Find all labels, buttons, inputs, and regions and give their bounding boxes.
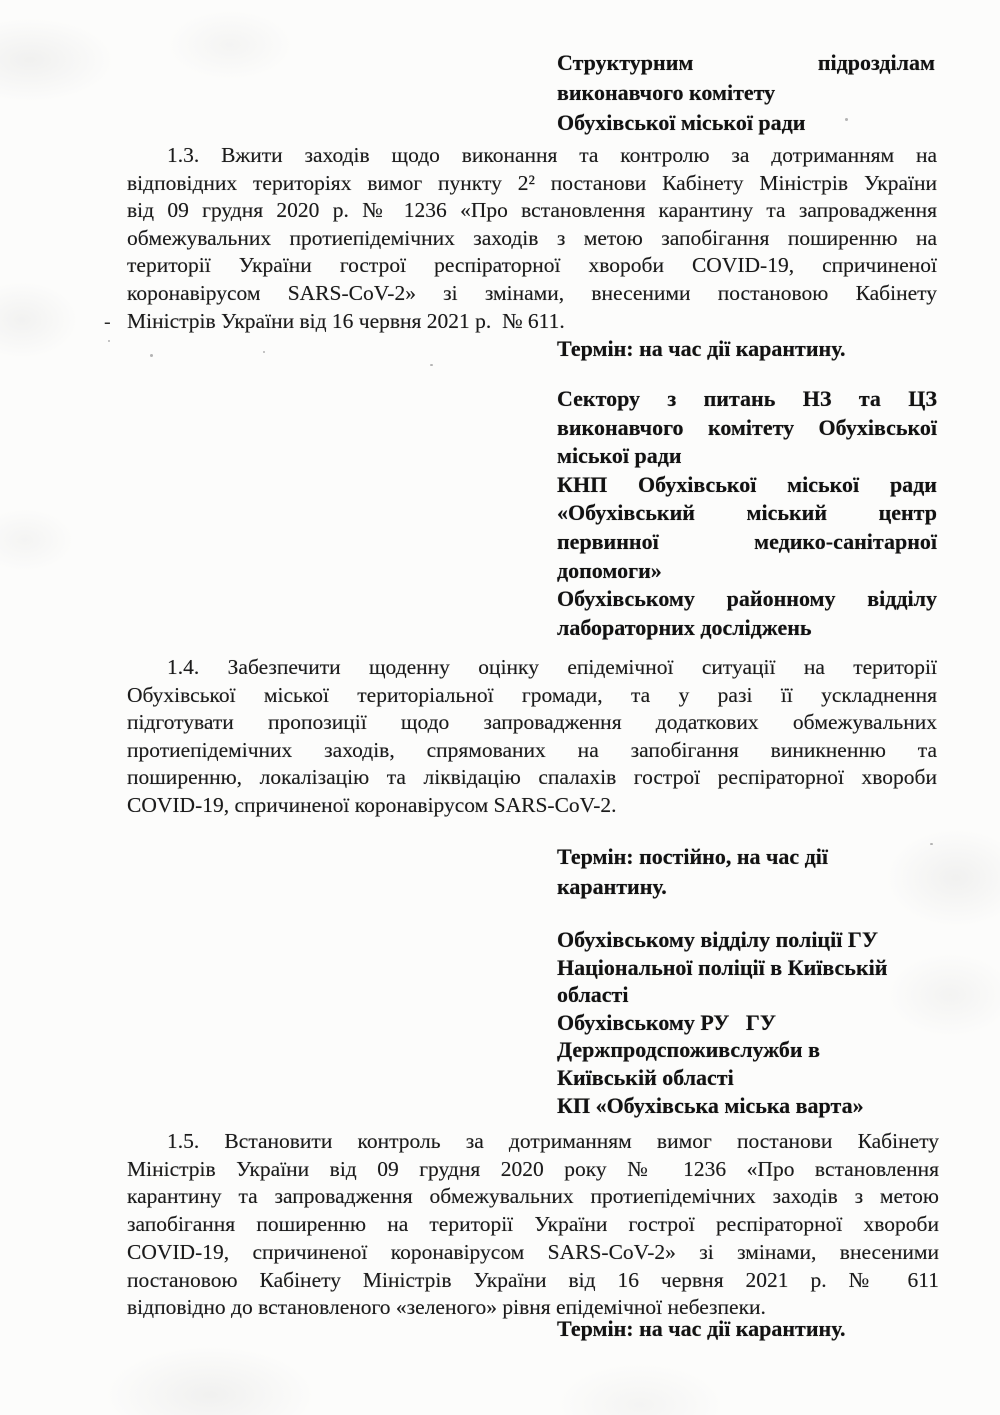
- doc-line: Міністрів України від 09 грудня 2020 рок…: [127, 1156, 939, 1184]
- scan-margin-dash: -: [104, 312, 111, 332]
- addressee-block-sector-knp: Сектору з питань НЗ та ЦЗ виконавчого ко…: [557, 385, 937, 642]
- doc-line: обмежувальних протиепідемічних заходів з…: [127, 225, 937, 253]
- doc-line: Сектору з питань НЗ та ЦЗ: [557, 385, 937, 414]
- scan-speck: [263, 351, 265, 353]
- term-1-5: Термін: на час дії карантину.: [557, 1316, 937, 1342]
- term-1-4: Термін: постійно, на час дії карантину.: [557, 842, 917, 902]
- doc-line: Київській області: [557, 1064, 947, 1092]
- doc-line: міської ради: [557, 442, 937, 471]
- doc-line: КП «Обухівська міська варта»: [557, 1092, 947, 1120]
- paragraph-1-4: 1.4. Забезпечити щоденну оцінку епідеміч…: [127, 654, 937, 820]
- doc-line: Обухівському районному відділу: [557, 585, 937, 614]
- doc-line: виконавчого комітету: [557, 78, 935, 108]
- addressee-block-structural-units: Структурним підрозділам виконавчого комі…: [557, 48, 935, 138]
- doc-line: відповідних територіях вимог пункту 2² п…: [127, 170, 937, 198]
- doc-line: 1.3. Вжити заходів щодо виконання та кон…: [127, 142, 937, 170]
- doc-line: карантину.: [557, 872, 917, 902]
- doc-line: КНП Обухівської міської ради: [557, 471, 937, 500]
- paragraph-1-5: 1.5. Встановити контроль за дотриманням …: [127, 1128, 939, 1322]
- doc-line: 1.5. Встановити контроль за дотриманням …: [127, 1128, 939, 1156]
- term-1-3: Термін: на час дії карантину.: [557, 336, 937, 362]
- doc-line: запобігання поширенню на території Украї…: [127, 1211, 939, 1239]
- doc-line: Держпродспоживслужби в: [557, 1036, 947, 1064]
- scan-speck: [845, 118, 848, 121]
- doc-line: території України гострої респіраторної …: [127, 252, 937, 280]
- paragraph-1-3: 1.3. Вжити заходів щодо виконання та кон…: [127, 142, 937, 335]
- doc-line: первинної медико-санітарної: [557, 528, 937, 557]
- scan-speck: [150, 354, 153, 357]
- doc-line: Обухівської міської територіальної грома…: [127, 682, 937, 710]
- doc-line: виконавчого комітету Обухівської: [557, 414, 937, 443]
- doc-line: допомоги»: [557, 557, 937, 586]
- doc-line: Термін: постійно, на час дії: [557, 842, 917, 872]
- doc-line: від 09 грудня 2020 р. № 1236 «Про встано…: [127, 197, 937, 225]
- doc-line: області: [557, 981, 947, 1009]
- doc-line: COVID-19, спричиненої коронавірусом SARS…: [127, 1239, 939, 1267]
- doc-line: протиепідемічних заходів, спрямованих на…: [127, 737, 937, 765]
- doc-line: Міністрів України від 16 червня 2021 р. …: [127, 308, 937, 336]
- doc-line: Національної поліції в Київській: [557, 954, 947, 982]
- doc-line: лабораторних досліджень: [557, 614, 937, 643]
- doc-line: поширенню, локалізацію та ліквідацію спа…: [127, 764, 937, 792]
- doc-line: Обухівської міської ради: [557, 108, 935, 138]
- scan-speck: [430, 364, 433, 366]
- doc-line: Обухівському відділу поліції ГУ: [557, 926, 947, 954]
- doc-line: коронавірусом SARS-CoV-2» зі змінами, вн…: [127, 280, 937, 308]
- doc-line: Термін: на час дії карантину.: [557, 336, 937, 362]
- doc-line: Термін: на час дії карантину.: [557, 1316, 937, 1342]
- doc-line: «Обухівський міський центр: [557, 499, 937, 528]
- doc-line: постановою Кабінету Міністрів України ві…: [127, 1267, 939, 1295]
- doc-line: 1.4. Забезпечити щоденну оцінку епідеміч…: [127, 654, 937, 682]
- doc-line: COVID-19, спричиненої коронавірусом SARS…: [127, 792, 937, 820]
- doc-line: підготувати пропозиції щодо запровадженн…: [127, 709, 937, 737]
- doc-line: Структурним підрозділам: [557, 48, 935, 78]
- addressee-block-police: Обухівському відділу поліції ГУ Націонал…: [557, 926, 947, 1119]
- doc-line: Обухівському РУ ГУ: [557, 1009, 947, 1037]
- scan-speck: [930, 843, 933, 845]
- scan-speck: [108, 340, 110, 342]
- scanned-document-page: Структурним підрозділам виконавчого комі…: [0, 0, 1000, 1415]
- doc-line: карантину та запровадження обмежувальних…: [127, 1183, 939, 1211]
